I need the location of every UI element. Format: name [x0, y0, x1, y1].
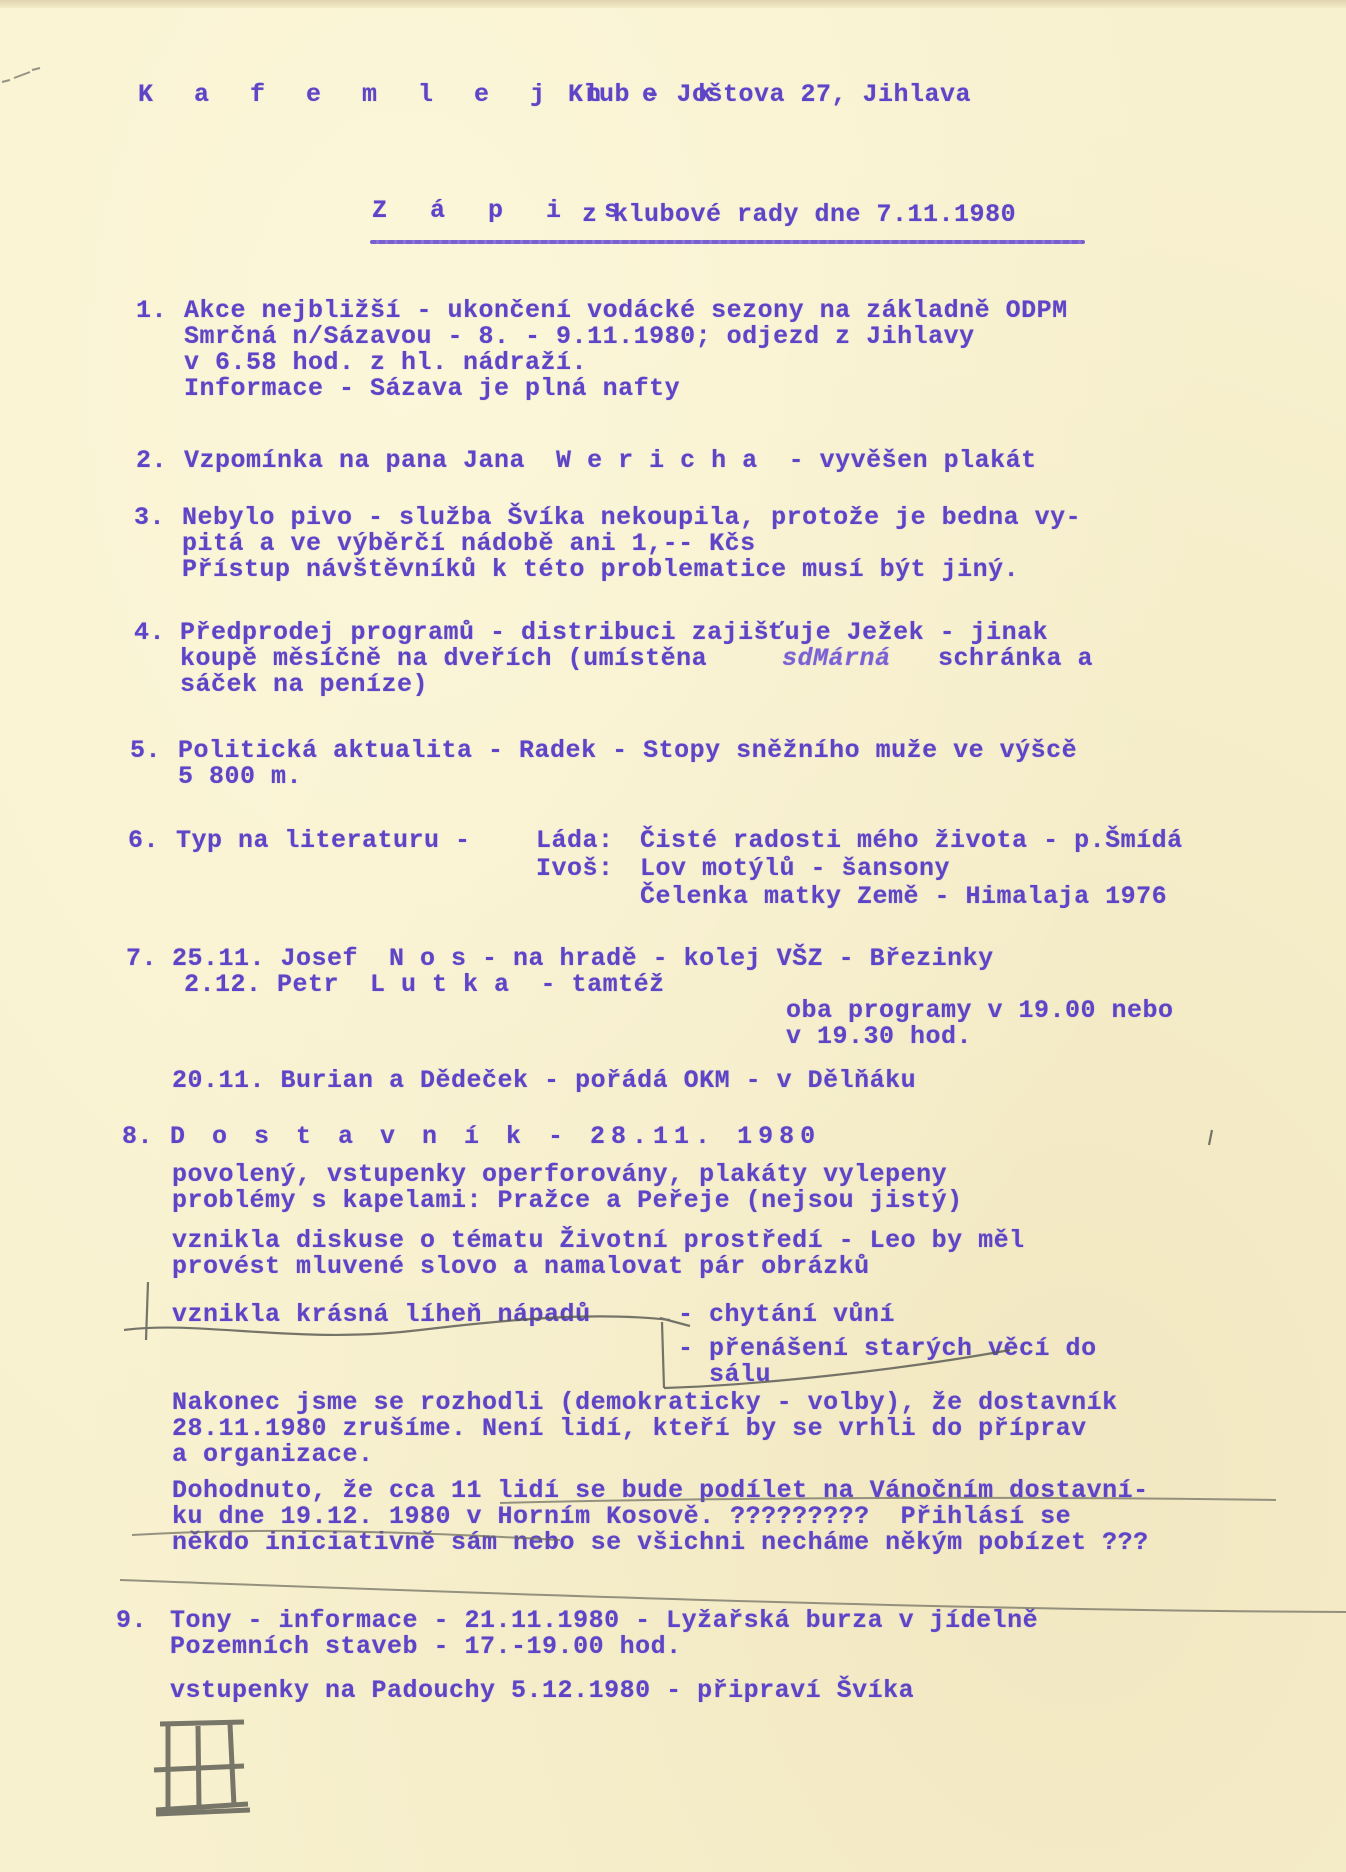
pencil-window-sketch-icon — [154, 1722, 250, 1814]
pencil-bracket-ideas — [124, 1130, 1212, 1388]
pencil-underlines — [120, 1498, 1346, 1612]
pencil-marks-corner — [2, 68, 40, 82]
pencil-annotations — [0, 0, 1346, 1872]
